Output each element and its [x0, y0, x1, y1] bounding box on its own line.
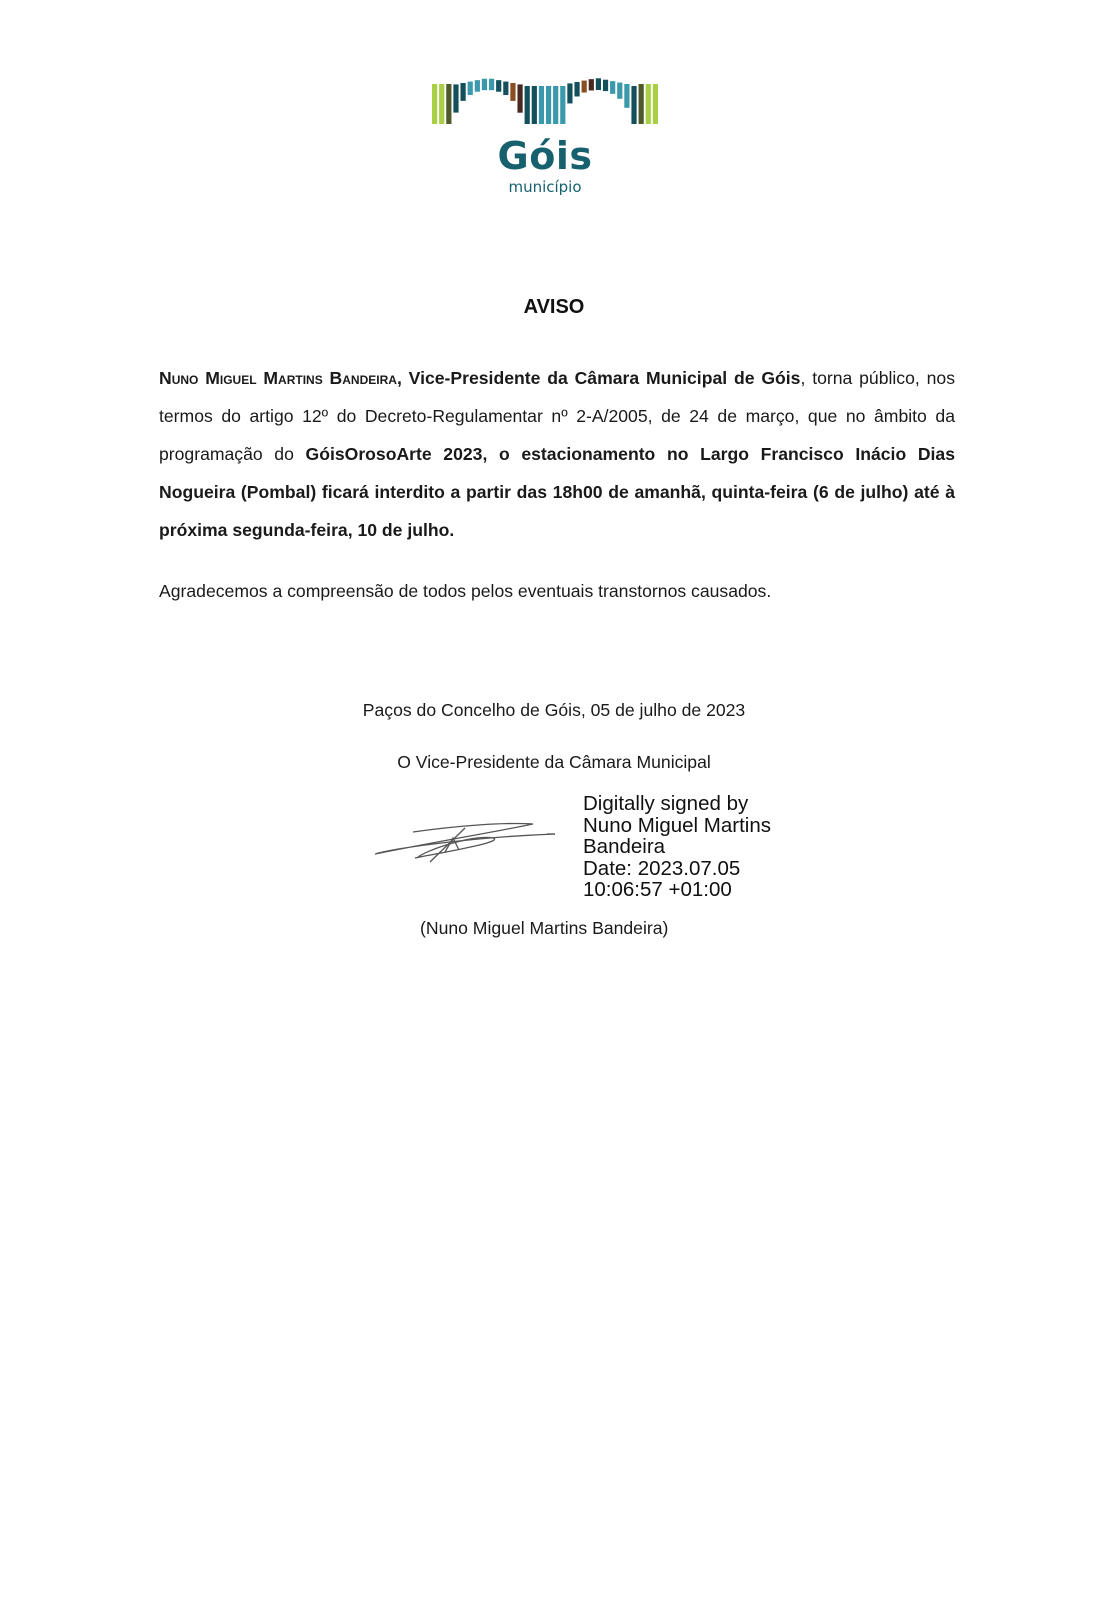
- signer-role: O Vice-Presidente da Câmara Municipal: [0, 752, 1108, 773]
- handwritten-signature-icon: [375, 812, 575, 872]
- digital-signature-line: Digitally signed by: [583, 793, 771, 815]
- bridge-arches-logo-icon: [430, 72, 660, 128]
- digital-signature-line: Nuno Miguel Martins: [583, 815, 771, 837]
- place-date: Paços do Concelho de Góis, 05 de julho d…: [0, 700, 1108, 721]
- digital-signature-line: Bandeira: [583, 836, 771, 858]
- digital-signature-block: Digitally signed by Nuno Miguel Martins …: [583, 793, 771, 901]
- notice-paragraph: Nuno Miguel Martins Bandeira, Vice-Presi…: [159, 359, 955, 549]
- author-name: Nuno Miguel Martins Bandeira: [159, 368, 397, 388]
- signer-name: (Nuno Miguel Martins Bandeira): [420, 918, 668, 939]
- place-date-text: Paços do Concelho de Góis, 05 de julho d…: [363, 700, 745, 721]
- digital-signature-date: Date: 2023.07.05: [583, 858, 771, 880]
- author-role: , Vice-Presidente da Câmara Municipal de…: [397, 368, 801, 388]
- event-name: GóisOrosoArte 2023: [306, 444, 483, 464]
- thanks-text: Agradecemos a compreensão de todos pelos…: [159, 581, 771, 602]
- signer-role-text: O Vice-Presidente da Câmara Municipal: [397, 752, 711, 773]
- logo-title: Góis: [430, 134, 660, 178]
- digital-signature-time: 10:06:57 +01:00: [583, 879, 771, 901]
- municipality-logo: Góis município: [430, 72, 660, 200]
- logo-subtitle: município: [430, 178, 660, 196]
- document-title: AVISO: [0, 296, 1108, 319]
